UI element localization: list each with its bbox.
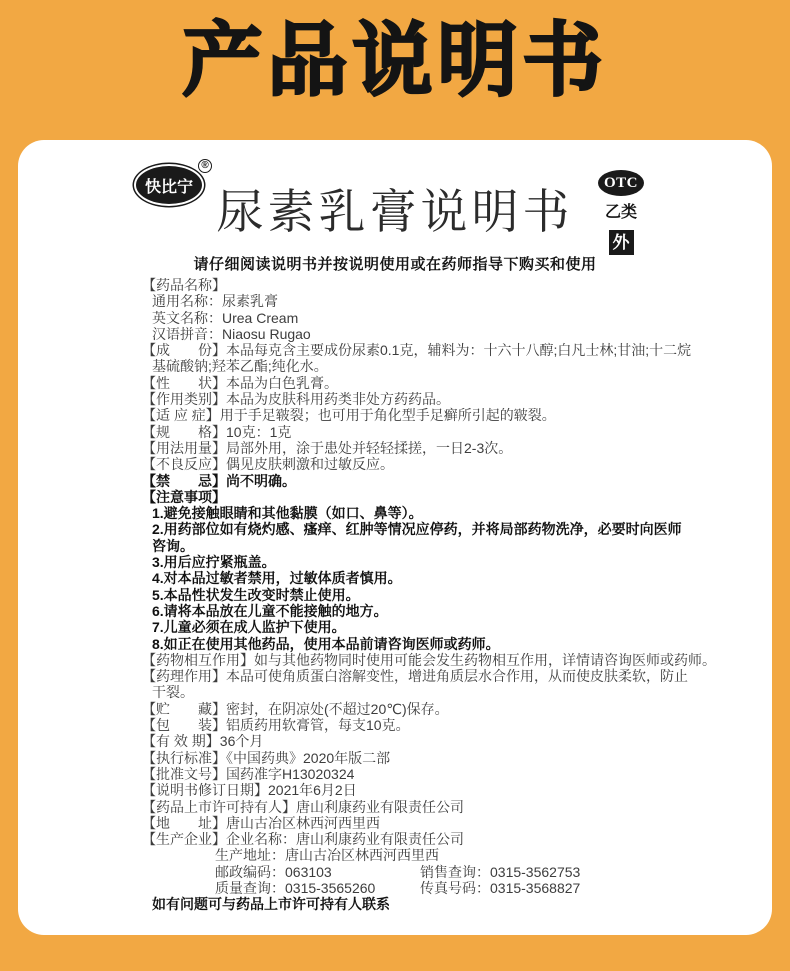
leaflet-line: 【规 格】10克：1克 xyxy=(142,424,654,440)
leaflet-line: 汉语拼音：Niaosu Rugao xyxy=(142,326,654,342)
external-use-badge: 外 xyxy=(609,230,634,255)
leaflet-line-right-column: 传真号码：0315-3568827 xyxy=(420,880,580,896)
registered-trademark-icon: ® xyxy=(198,159,212,173)
leaflet-line-left-column: 邮政编码：063103 xyxy=(215,864,332,880)
leaflet-title: 尿素乳膏说明书 xyxy=(18,186,772,238)
leaflet-line: 【注意事项】 xyxy=(142,489,654,505)
leaflet-line: 【生产企业】企业名称：唐山利康药业有限责任公司 xyxy=(142,831,654,847)
leaflet-line: 【说明书修订日期】2021年6月2日 xyxy=(142,782,654,798)
leaflet-line: 6.请将本品放在儿童不能接触的地方。 xyxy=(142,603,654,619)
leaflet-line: 【批准文号】国药准字H13020324 xyxy=(142,766,654,782)
leaflet-line: 2.用药部位如有烧灼感、瘙痒、红肿等情况应停药，并将局部药物洗净，必要时向医师 xyxy=(142,521,654,537)
leaflet-line: 7.儿童必须在成人监护下使用。 xyxy=(142,619,654,635)
leaflet-line: 8.如正在使用其他药品，使用本品前请咨询医师或药师。 xyxy=(142,636,654,652)
otc-category-label: 乙类 xyxy=(596,199,646,222)
product-description-image: { "colors": { "background": "#F2A843", "… xyxy=(0,0,790,971)
page-title: 产品说明书 xyxy=(0,21,790,101)
leaflet-line: 1.避免接触眼睛和其他黏膜（如口、鼻等）。 xyxy=(142,505,654,521)
leaflet-line: 质量查询：0315-3565260传真号码：0315-3568827 xyxy=(142,880,654,896)
leaflet-line-right-column: 销售查询：0315-3562753 xyxy=(420,864,580,880)
leaflet-line: 生产地址：唐山古冶区林西河西里西 xyxy=(142,847,654,863)
leaflet-line: 【药品上市许可持有人】唐山利康药业有限责任公司 xyxy=(142,799,654,815)
leaflet-line: 3.用后应拧紧瓶盖。 xyxy=(142,554,654,570)
leaflet-line: 【成 份】本品每克含主要成份尿素0.1克，辅料为：十六十八醇;白凡士林;甘油;十… xyxy=(142,342,654,358)
leaflet-line: 【作用类别】本品为皮肤科用药类非处方药药品。 xyxy=(142,391,654,407)
leaflet-line: 【执行标准】《中国药典》2020年版二部 xyxy=(142,750,654,766)
leaflet-line: 通用名称：尿素乳膏 xyxy=(142,293,654,309)
leaflet-line: 【药品名称】 xyxy=(142,277,654,293)
leaflet-line: 英文名称：Urea Cream xyxy=(142,310,654,326)
leaflet-line: 【贮 藏】密封，在阴凉处(不超过20℃)保存。 xyxy=(142,701,654,717)
leaflet-line: 咨询。 xyxy=(142,538,654,554)
leaflet-line: 【包 装】铝质药用软膏管，每支10克。 xyxy=(142,717,654,733)
otc-badge: OTC xyxy=(598,170,644,196)
leaflet-subtitle: 请仔细阅读说明书并按说明使用或在药师指导下购买和使用 xyxy=(18,253,772,274)
leaflet-line: 基硫酸钠;羟苯乙酯;纯化水。 xyxy=(142,358,654,374)
leaflet-line: 【地 址】唐山古冶区林西河西里西 xyxy=(142,815,654,831)
leaflet-line: 5.本品性状发生改变时禁止使用。 xyxy=(142,587,654,603)
leaflet-line: 【药物相互作用】如与其他药物同时使用可能会发生药物相互作用，详情请咨询医师或药师… xyxy=(142,652,654,668)
leaflet-body: 【药品名称】通用名称：尿素乳膏英文名称：Urea Cream汉语拼音：Niaos… xyxy=(142,277,654,913)
leaflet-line: 【有 效 期】36个月 xyxy=(142,733,654,749)
leaflet-line: 【药理作用】本品可使角质蛋白溶解变性，增进角质层水合作用，从而使皮肤柔软，防止 xyxy=(142,668,654,684)
leaflet-card: 快比宁 ® 尿素乳膏说明书 请仔细阅读说明书并按说明使用或在药师指导下购买和使用… xyxy=(18,140,772,935)
leaflet-line-left-column: 质量查询：0315-3565260 xyxy=(215,880,375,896)
leaflet-line: 如有问题可与药品上市许可持有人联系 xyxy=(142,896,654,912)
leaflet-line: 【用法用量】局部外用，涂于患处并轻轻揉搓，一日2-3次。 xyxy=(142,440,654,456)
otc-block: OTC 乙类 外 xyxy=(596,170,646,255)
leaflet-line: 【不良反应】偶见皮肤刺激和过敏反应。 xyxy=(142,456,654,472)
leaflet-line: 邮政编码：063103销售查询：0315-3562753 xyxy=(142,864,654,880)
leaflet-line: 【适 应 症】用于手足皲裂；也可用于角化型手足癣所引起的皲裂。 xyxy=(142,407,654,423)
leaflet-line: 【性 状】本品为白色乳膏。 xyxy=(142,375,654,391)
leaflet-line: 干裂。 xyxy=(142,684,654,700)
leaflet-line: 4.对本品过敏者禁用，过敏体质者慎用。 xyxy=(142,570,654,586)
leaflet-line: 【禁 忌】尚不明确。 xyxy=(142,473,654,489)
